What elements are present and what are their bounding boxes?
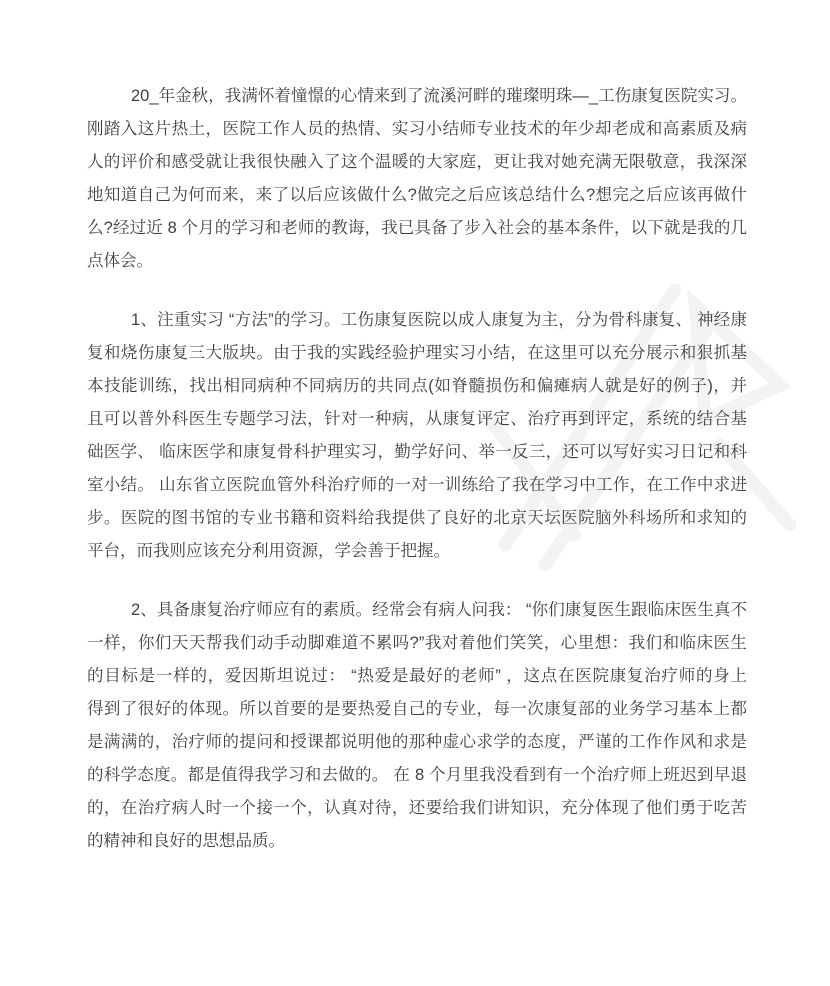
text-line: 2、具备康复治疗师应有的素质。经常会有病人问我： “你们康复医生跟临床医生真不 [87,594,747,627]
text-line: 人的评价和感受就让我很快融入了这个温暖的大家庭，更让我对她充满无限敬意，我深深 [87,146,747,179]
text-line: 的科学态度。都是值得我学习和去做的。 在 8 个月里我没看到有一个治疗师上班迟到… [87,759,747,792]
text-line: 的目标是一样的，爱因斯坦说过： “热爱是最好的老师” ，这点在医院康复治疗师的身… [87,660,747,693]
paragraph: 2、具备康复治疗师应有的素质。经常会有病人问我： “你们康复医生跟临床医生真不一… [87,594,747,858]
document-body: 20_年金秋，我满怀着憧憬的心情来到了流溪河畔的璀璨明珠—_工伤康复医院实习。刚… [87,80,747,884]
text-line: 室小结。 山东省立医院血管外科治疗师的一对一训练给了我在学习中工作，在工作中求进 [87,469,747,502]
text-line: 20_年金秋，我满怀着憧憬的心情来到了流溪河畔的璀璨明珠—_工伤康复医院实习。 [87,80,747,113]
text-line: 复和烧伤康复三大版块。由于我的实践经验护理实习小结，在这里可以充分展示和狠抓基 [87,337,747,370]
paragraph: 1、注重实习 “方法”的学习。工伤康复医院以成人康复为主，分为骨科康复、 神经康… [87,304,747,568]
text-line: 平台，而我则应该充分利用资源，学会善于把握。 [87,535,747,568]
text-line: 步。医院的图书馆的专业书籍和资料给我提供了良好的北京天坛医院脑外科场所和求知的 [87,502,747,535]
text-line: 本技能训练，找出相同病种不同病历的共同点(如脊髓损伤和偏瘫病人就是好的例子)，并 [87,370,747,403]
text-line: 的精神和良好的思想品质。 [87,825,747,858]
text-line: 是满满的，治疗师的提问和授课都说明他的那种虚心求学的态度，严谨的工作作风和求是 [87,726,747,759]
text-line: 础医学、 临床医学和康复骨科护理实习，勤学好问、举一反三，还可以写好实习日记和科 [87,436,747,469]
paragraph: 20_年金秋，我满怀着憧憬的心情来到了流溪河畔的璀璨明珠—_工伤康复医院实习。刚… [87,80,747,278]
text-line: 1、注重实习 “方法”的学习。工伤康复医院以成人康复为主，分为骨科康复、 神经康 [87,304,747,337]
text-line: 一样，你们天天帮我们动手动脚难道不累吗?”我对着他们笑笑，心里想：我们和临床医生 [87,627,747,660]
text-line: 且可以普外科医生专题学习法，针对一种病，从康复评定、治疗再到评定，系统的结合基 [87,403,747,436]
text-line: 刚踏入这片热土，医院工作人员的热情、实习小结师专业技术的年少却老成和高素质及病 [87,113,747,146]
text-line: 地知道自己为何而来，来了以后应该做什么?做完之后应该总结什么?想完之后应该再做什 [87,179,747,212]
text-line: 的，在治疗病人时一个接一个，认真对待，还要给我们讲知识，充分体现了他们勇于吃苦 [87,792,747,825]
text-line: 得到了很好的体现。所以首要的是要热爱自己的专业，每一次康复部的业务学习基本上都 [87,693,747,726]
text-line: 么?经过近 8 个月的学习和老师的教诲，我已具备了步入社会的基本条件，以下就是我… [87,212,747,245]
text-line: 点体会。 [87,245,747,278]
